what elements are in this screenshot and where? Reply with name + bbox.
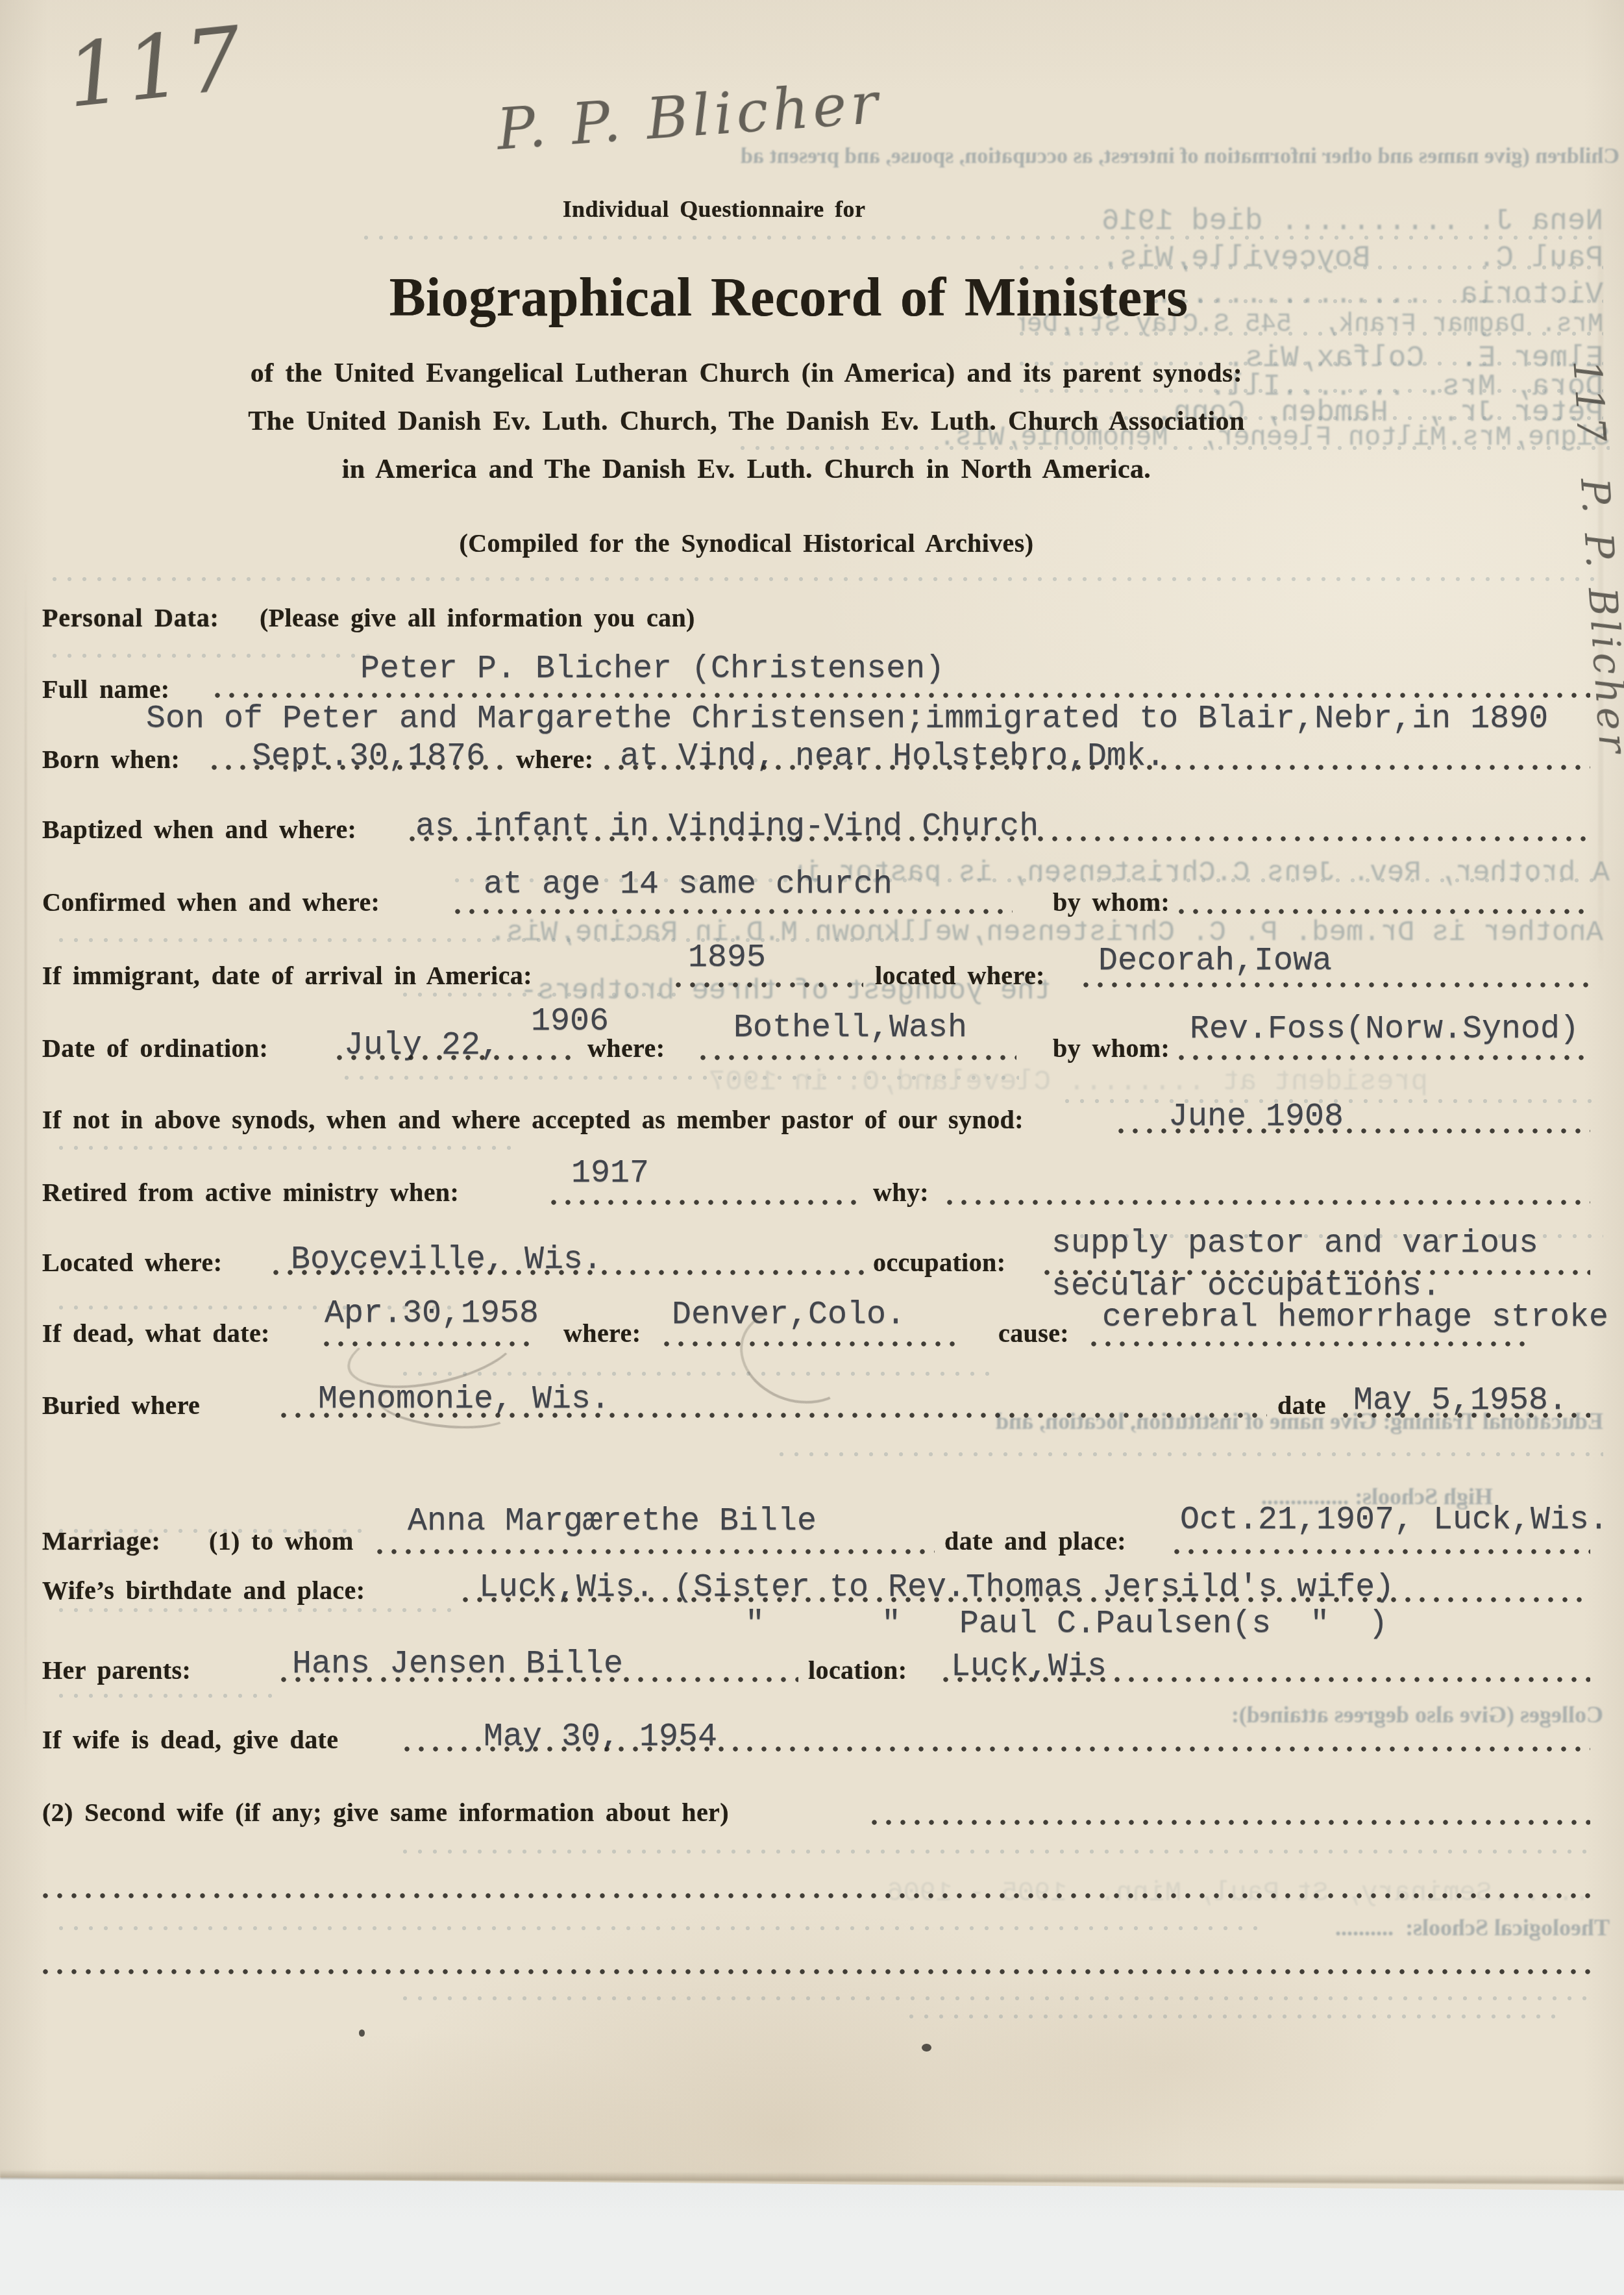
bleedthrough-dots xyxy=(52,653,376,658)
located-where-label-2: Located where: xyxy=(42,1248,222,1278)
bleedthrough-text: Theological Schools: .......... xyxy=(1272,1914,1610,1952)
immigrant-label: If immigrant, date of arrival in America… xyxy=(42,961,532,991)
bleedthrough-text: Children (give names and other informati… xyxy=(740,144,1619,182)
confirmed-value: at age 14 same church xyxy=(484,868,892,902)
retired-why-label: why: xyxy=(873,1178,929,1208)
bleedthrough-dots xyxy=(909,2014,1558,2019)
bleedthrough-dots xyxy=(58,1607,454,1613)
bleedthrough-text: Another is Dr.med. P. C. Christensen,wel… xyxy=(149,917,1603,954)
parents-note-value: Son of Peter and Margarethe Christensen;… xyxy=(146,702,1548,737)
confirmed-label: Confirmed when and where: xyxy=(42,888,380,917)
bleedthrough-text: A brother, Rev. Jens C.Christensen, is p… xyxy=(798,857,1610,895)
born-where-label: where: xyxy=(516,745,593,775)
arrival-year-value: 1895 xyxy=(688,941,766,976)
wife-birthdate-label: Wife’s birthdate and place: xyxy=(42,1576,365,1606)
scanned-document: Children (give names and other informati… xyxy=(0,0,1624,2295)
dotted-leader xyxy=(871,1819,1590,1826)
occupation-label: occupation: xyxy=(873,1248,1005,1278)
dotted-leader xyxy=(675,982,863,988)
dotted-leader xyxy=(1174,1548,1590,1555)
paper-crease xyxy=(1598,208,1603,974)
questionnaire-kicker: Individual Questionnaire for xyxy=(0,196,1428,222)
dotted-leader xyxy=(280,1676,798,1683)
arrival-located-value: Decorah,Iowa xyxy=(1098,945,1332,979)
ordination-by-whom-label: by whom: xyxy=(1053,1034,1170,1063)
dotted-leader xyxy=(404,1746,1590,1752)
subtitle-line-2: The United Danish Ev. Luth. Church, The … xyxy=(0,406,1493,437)
born-when-label: Born when: xyxy=(42,745,180,775)
marriage-label: Marriage: xyxy=(42,1527,161,1556)
page-title: Biographical Record of Ministers xyxy=(0,267,1577,329)
dotted-leader xyxy=(1090,1341,1532,1347)
compiled-note: (Compiled for the Synodical Historical A… xyxy=(0,529,1493,558)
dotted-leader xyxy=(409,836,1590,842)
dotted-leader xyxy=(1118,1128,1590,1134)
full-name-value: Peter P. Blicher (Christensen) xyxy=(360,652,944,687)
bleedthrough-dots xyxy=(402,1996,1590,2001)
dotted-leader xyxy=(700,1054,1016,1061)
death-where-label: where: xyxy=(563,1319,641,1348)
buried-where-label: Buried where xyxy=(42,1391,200,1420)
ordination-label: Date of ordination: xyxy=(42,1034,268,1063)
second-wife-label: (2) Second wife (if any; give same infor… xyxy=(42,1798,729,1828)
dotted-leader xyxy=(214,692,1590,699)
dotted-leader xyxy=(462,1596,1590,1603)
dotted-leader xyxy=(273,1269,865,1276)
located-where-label-1: located where: xyxy=(875,961,1045,991)
marriage-to-whom-label: (1) to whom xyxy=(209,1527,354,1556)
ordination-where-label: where: xyxy=(587,1034,665,1063)
bleedthrough-dots xyxy=(779,1452,1603,1457)
wife-birthdate-ditto-line: " " Paul C.Paulsen(s " ) xyxy=(745,1607,1388,1642)
marriage-to-whom-value: Anna Margærethe Bille xyxy=(408,1505,817,1539)
dotted-leader xyxy=(42,1892,1590,1899)
page-number-handwritten: 117 xyxy=(62,7,251,127)
subtitle-line-1: of the United Evangelical Lutheran Churc… xyxy=(0,358,1493,389)
bleedthrough-dots xyxy=(402,1849,1590,1854)
death-date-label: If dead, what date: xyxy=(42,1319,270,1348)
synod-accepted-label: If not in above synods, when and where a… xyxy=(42,1106,1024,1135)
bleedthrough-text: Colleges (Give also degrees attained): xyxy=(922,1701,1603,1739)
retired-year-value: 1917 xyxy=(571,1157,649,1191)
death-cause-label: cause: xyxy=(998,1319,1069,1348)
subtitle-line-3: in America and The Danish Ev. Luth. Chur… xyxy=(0,454,1493,485)
dotted-leader xyxy=(946,1199,1590,1206)
buried-date-label: date xyxy=(1277,1391,1326,1420)
dotted-leader xyxy=(550,1199,861,1206)
her-parents-label: Her parents: xyxy=(42,1656,191,1685)
ink-speck xyxy=(359,2029,365,2037)
bleedthrough-dots xyxy=(58,1693,273,1698)
paper-crease xyxy=(25,571,27,1740)
dotted-leader xyxy=(336,1054,575,1061)
dotted-leader xyxy=(376,1548,935,1555)
her-parents-location-label: location: xyxy=(808,1656,907,1685)
dotted-leader xyxy=(1083,982,1590,988)
marriage-date-place-value: Oct.21,1907, Luck,Wis. xyxy=(1180,1504,1608,1538)
dotted-leader xyxy=(211,764,506,771)
bleedthrough-dots xyxy=(58,1926,1266,1931)
marriage-date-place-label: date and place: xyxy=(944,1527,1126,1556)
dotted-leader xyxy=(454,908,1013,915)
dotted-leader xyxy=(604,764,1590,771)
ordination-where-value: Bothell,Wash xyxy=(733,1011,967,1046)
dotted-leader xyxy=(1178,908,1590,915)
baptized-label: Baptized when and where: xyxy=(42,815,356,845)
ordination-by-whom-value: Rev.Foss(Norw.Synod) xyxy=(1190,1013,1579,1047)
ink-speck xyxy=(922,2044,931,2052)
bleedthrough-dots xyxy=(52,577,1603,582)
personal-data-heading: Personal Data: xyxy=(42,604,219,633)
wife-dead-label: If wife is dead, give date xyxy=(42,1726,338,1755)
dotted-leader xyxy=(42,1968,1590,1975)
retired-label: Retired from active ministry when: xyxy=(42,1178,459,1208)
dotted-leader xyxy=(1178,1054,1590,1061)
bleedthrough-dots xyxy=(402,1371,993,1376)
bleedthrough-dots xyxy=(58,1145,519,1150)
death-cause-value: cerebral hemorrhage stroke xyxy=(1102,1301,1608,1335)
dotted-leader xyxy=(1342,1412,1590,1419)
personal-data-note: (Please give all information you can) xyxy=(260,604,695,633)
dotted-leader xyxy=(942,1676,1590,1683)
confirmed-by-whom-label: by whom: xyxy=(1053,888,1170,917)
occupation-value-line1: supply pastor and various xyxy=(1052,1227,1538,1261)
